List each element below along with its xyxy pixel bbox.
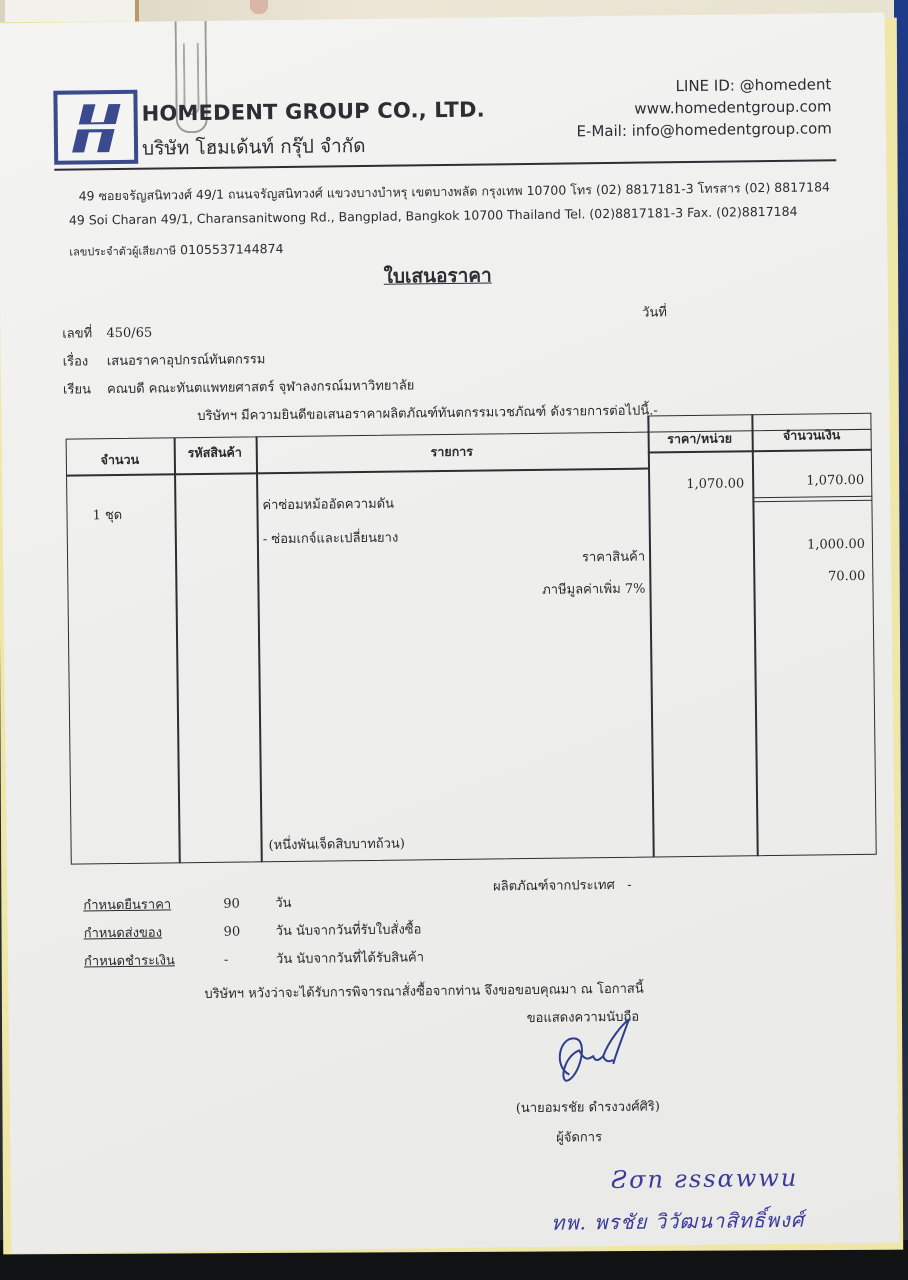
signer-name: (นายอมรชัย ดำรงวงศ์ศิริ): [516, 1095, 660, 1118]
term-unit: วัน นับจากวันที่ได้รับสินค้า: [276, 950, 424, 967]
contact-block: LINE ID: @homedent www.homedentgroup.com…: [576, 73, 832, 142]
company-logo: [53, 90, 138, 165]
row-qty: 1 ชุด: [92, 504, 122, 525]
term-price-validity: กำหนดยืนราคา90วัน: [83, 892, 291, 916]
line-id: LINE ID: @homedent: [576, 73, 832, 98]
term-label: กำหนดส่งของ: [84, 921, 224, 944]
quotation-table: จำนวน รหัสสินค้า รายการ ราคา/หน่วย จำนวน…: [65, 413, 876, 865]
origin-value: -: [627, 878, 632, 893]
signature-icon: [549, 1016, 650, 1089]
header-qty: จำนวน: [66, 449, 174, 470]
origin-row: ผลิตภัณฑ์จากประเทศ -: [493, 874, 632, 897]
signer-title: ผู้จัดการ: [556, 1126, 602, 1148]
background-box: [5, 0, 139, 22]
row-unit-price: 1,070.00: [648, 476, 744, 492]
row-amount: 1,070.00: [752, 473, 864, 489]
term-label: กำหนดชำระเงิน: [84, 949, 224, 972]
address-english: 49 Soi Charan 49/1, Charansanitwong Rd.,…: [69, 204, 798, 228]
term-payment: กำหนดชำระเงิน-วัน นับจากวันที่ได้รับสินค…: [84, 946, 424, 971]
handwritten-note-line2: ทพ. พรชัย วิวัฒนาสิทธิ์พงศ์: [551, 1204, 805, 1239]
tax-id-value: 0105537144874: [180, 241, 284, 257]
company-name-en: HOMEDENT GROUP CO., LTD.: [141, 98, 484, 126]
term-value: 90: [224, 924, 276, 940]
closing-text: บริษัทฯ หวังว่าจะได้รับการพิจารณาสั่งซื้…: [204, 978, 644, 1004]
recipient-row: เรียน คณบดี คณะทันตแพทยศาสตร์ จุฬาลงกรณ์…: [63, 374, 415, 399]
tax-id-row: เลขประจำตัวผู้เสียภาษี 0105537144874: [69, 240, 283, 261]
row-description-sub: - ซ่อมเกจ์และเปลี่ยนยาง: [263, 527, 399, 550]
term-unit: วัน นับจากวันที่รับใบสั่งซื้อ: [276, 922, 422, 939]
subject-row: เรื่อง เสนอราคาอุปกรณ์ทันตกรรม: [63, 348, 266, 371]
quotation-number: 450/65: [106, 326, 152, 342]
email: E-Mail: info@homedentgroup.com: [576, 117, 832, 142]
term-value: 90: [223, 896, 275, 912]
header-amount: จำนวนเงิน: [751, 425, 871, 446]
quotation-paper: HOMEDENT GROUP CO., LTD. บริษัท โฮมเด้นท…: [0, 13, 899, 1254]
website: www.homedentgroup.com: [576, 95, 832, 120]
document-title: ใบเสนอราคา: [383, 260, 491, 291]
tax-id-label: เลขประจำตัวผู้เสียภาษี: [69, 244, 176, 258]
origin-label: ผลิตภัณฑ์จากประเทศ: [493, 878, 615, 894]
vat-value: 70.00: [753, 569, 865, 585]
handwritten-note-line1: Ƨσn ƨssɑwwu: [611, 1164, 799, 1194]
quotation-number-row: เลขที่ 450/65: [62, 322, 152, 344]
background-finger: [250, 0, 268, 14]
quotation-number-label: เลขที่: [62, 322, 102, 343]
header-code: รหัสสินค้า: [174, 442, 256, 463]
subject-label: เรื่อง: [63, 350, 103, 371]
logo-h-icon: [57, 94, 134, 161]
subject: เสนอราคาอุปกรณ์ทันตกรรม: [107, 352, 266, 369]
term-delivery: กำหนดส่งของ90วัน นับจากวันที่รับใบสั่งซื…: [84, 918, 422, 943]
row-description: ค่าซ่อมหม้ออัดความดัน: [262, 493, 394, 516]
term-label: กำหนดยืนราคา: [83, 893, 223, 916]
recipient-label: เรียน: [63, 378, 103, 399]
address-thai: 49 ซอยจรัญสนิทวงศ์ 49/1 ถนนจรัญสนิทวงศ์ …: [79, 177, 831, 206]
term-unit: วัน: [275, 896, 291, 911]
company-name-th: บริษัท โฮมเด้นท์ กรุ๊ป จำกัด: [142, 131, 366, 164]
date-label: วันที่: [642, 301, 667, 322]
amount-in-words: (หนึ่งพันเจ็ดสิบบาทถ้วน): [268, 833, 405, 856]
recipient: คณบดี คณะทันตแพทยศาสตร์ จุฬาลงกรณ์มหาวิท…: [107, 378, 414, 397]
header-unit-price: ราคา/หน่วย: [648, 428, 752, 449]
term-value: -: [224, 952, 276, 968]
subtotal-value: 1,000.00: [753, 537, 865, 553]
